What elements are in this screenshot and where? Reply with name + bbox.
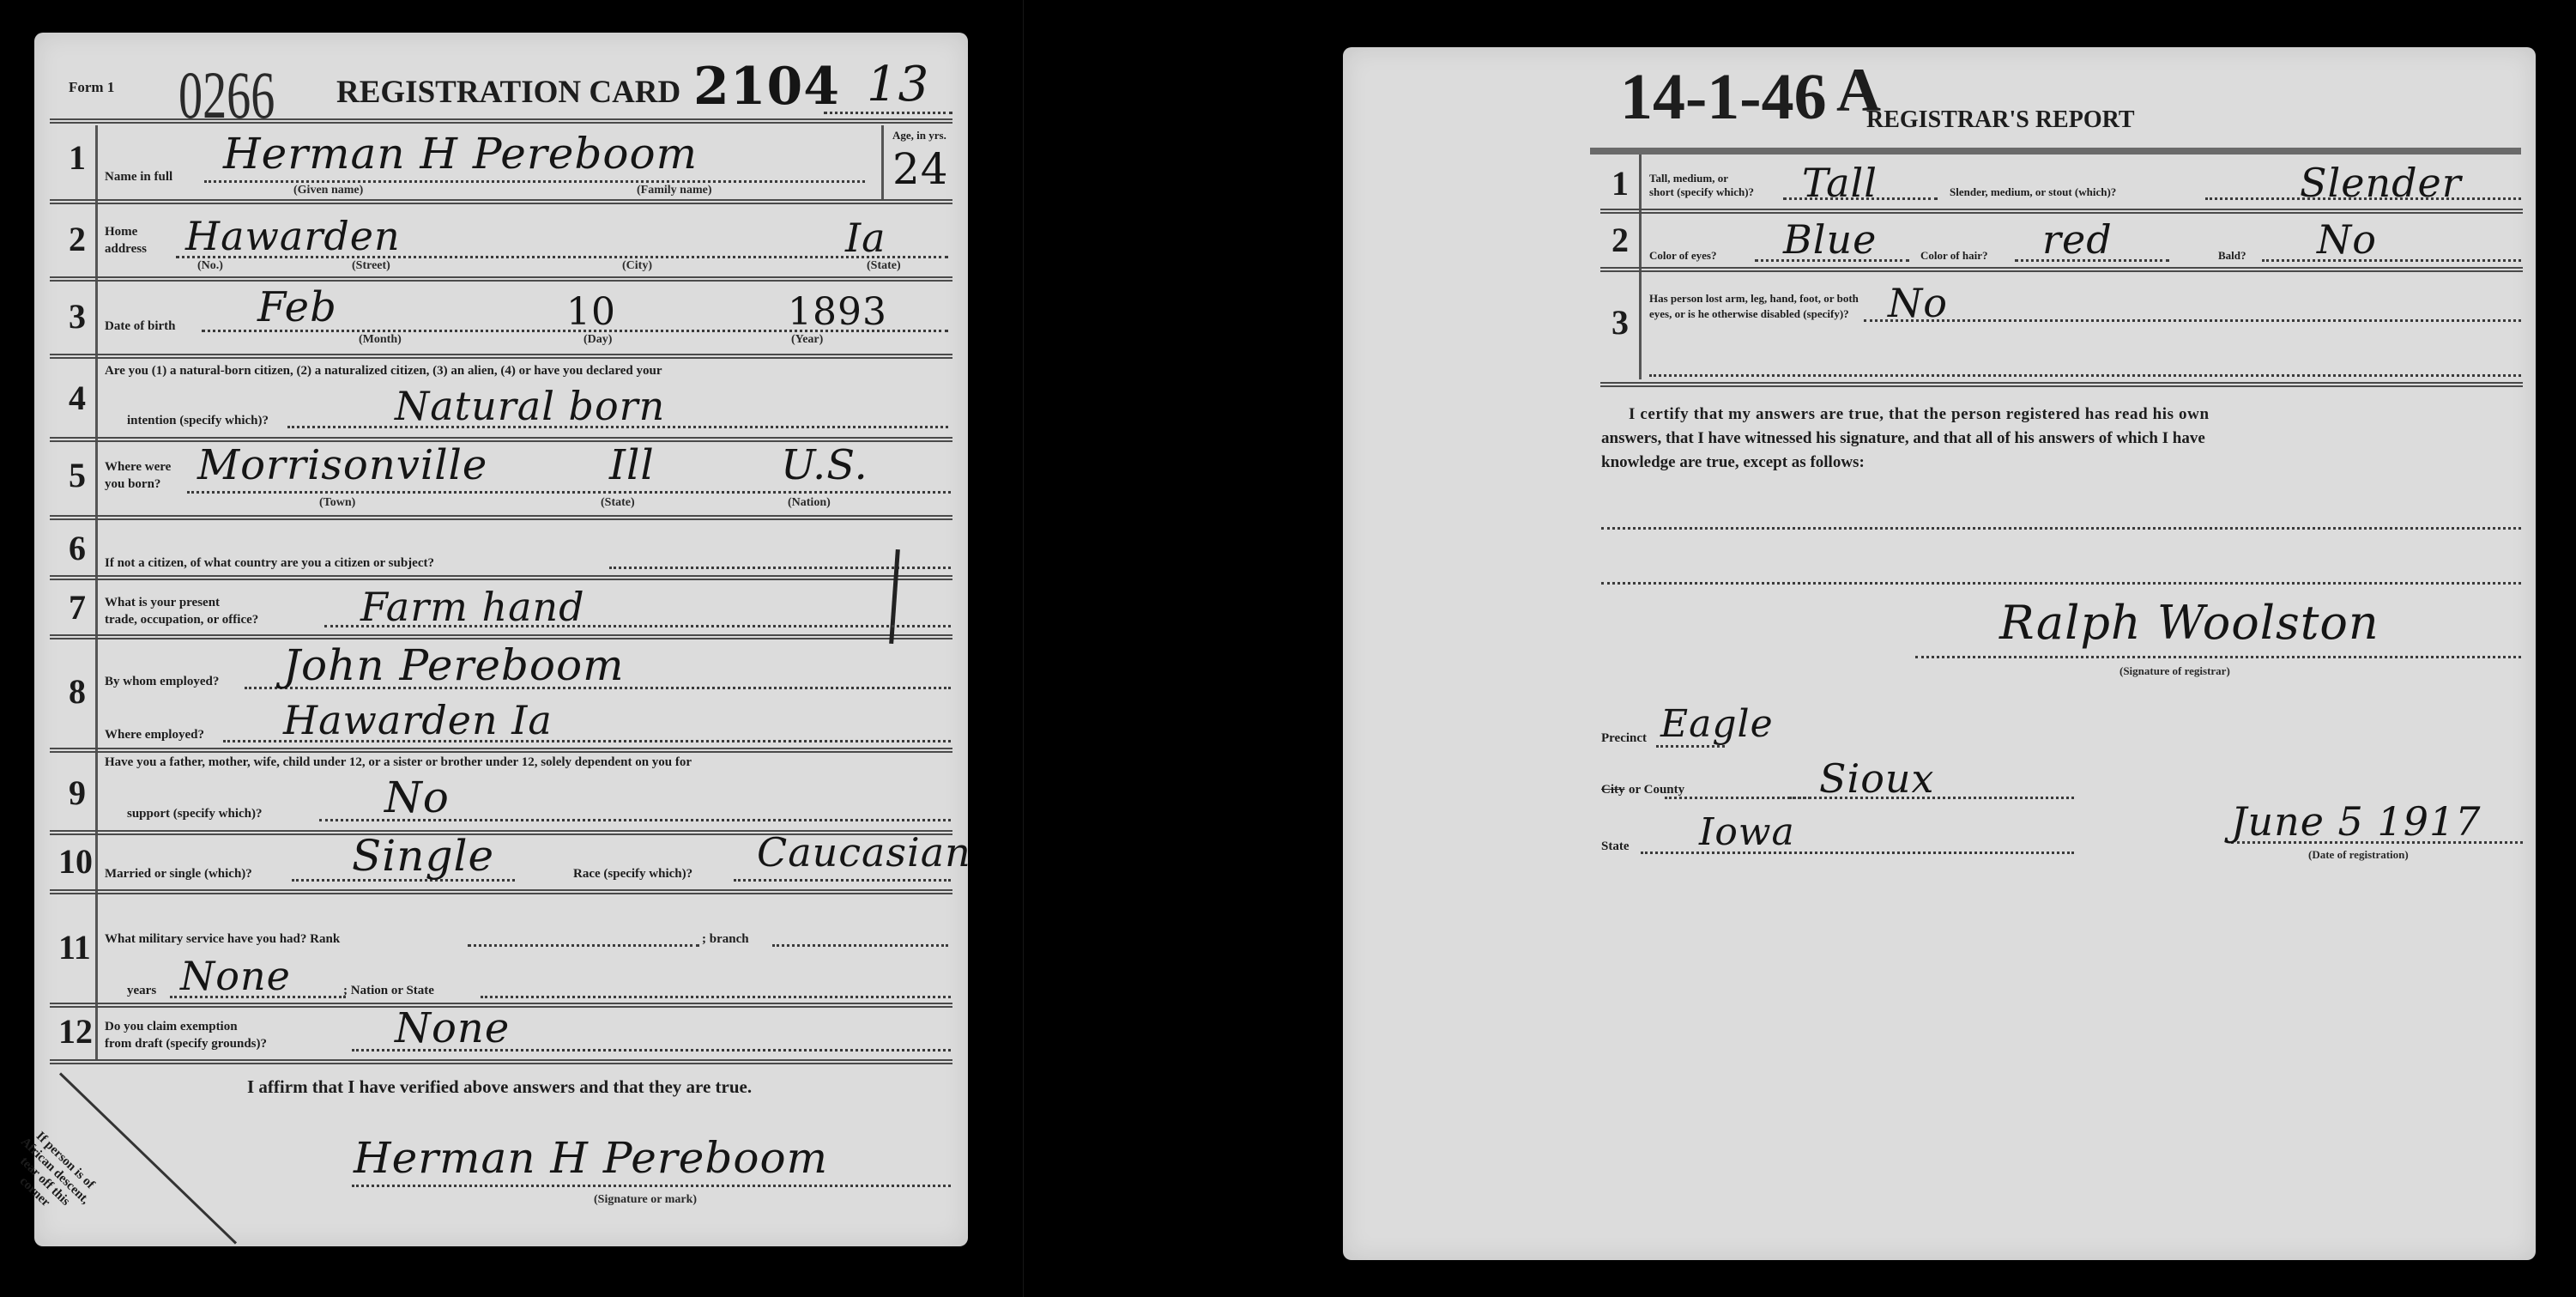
state-caption: (State): [867, 259, 901, 273]
certification-line-3: knowledge are true, except as follows:: [1601, 453, 1865, 472]
foreign-citizenship-label: If not a citizen, of what country are yo…: [105, 556, 434, 571]
row-divider: [50, 1059, 952, 1064]
report-row-divider: [1600, 209, 2523, 214]
county-line-full: [1789, 797, 2074, 799]
occupation-value: Farm hand: [360, 584, 585, 630]
age-column-divider: [881, 125, 884, 201]
disability-label-2: eyes, or is he otherwise disabled (speci…: [1649, 307, 1849, 321]
nation-caption: (Nation): [788, 496, 831, 510]
county-value: Sioux: [1819, 755, 1935, 802]
address-street-value: Hawarden: [185, 213, 401, 259]
bald-value: No: [2317, 216, 2377, 263]
registrant-signature: Herman H Pereboom: [354, 1133, 828, 1183]
row-number: 5: [69, 455, 86, 495]
row-number: 6: [69, 528, 86, 568]
header-rule: [50, 118, 952, 124]
county-label: or County: [1629, 783, 1684, 797]
row-number: 2: [69, 219, 86, 259]
military-years-value: None: [180, 953, 291, 999]
marital-status-label: Married or single (which)?: [105, 867, 252, 882]
name-value: Herman H Pereboom: [223, 129, 698, 179]
military-rank-label: What military service have you had? Rank: [105, 932, 340, 947]
dependents-label: support (specify which)?: [127, 807, 263, 821]
row-number: 11: [58, 927, 91, 967]
address-state-value: Ia: [845, 215, 886, 261]
row-divider: [50, 575, 952, 580]
stamp-number: 14-1-46: [1620, 60, 1827, 135]
employer-value: John Pereboom: [283, 640, 625, 690]
row-number: 12: [58, 1011, 93, 1052]
row-number: 7: [69, 587, 86, 627]
row-number-divider: [95, 125, 98, 1059]
report-row-number: 2: [1612, 220, 1629, 260]
disability-label-1: Has person lost arm, leg, hand, foot, or…: [1649, 292, 1859, 306]
order-number-line: [824, 112, 952, 114]
city-caption: (City): [622, 259, 652, 273]
row-number: 4: [69, 378, 86, 418]
employment-place-value: Hawarden Ia: [283, 697, 553, 743]
dob-day-value: 10: [566, 290, 616, 334]
birth-town-value: Morrisonville: [197, 441, 487, 489]
no-caption: (No.): [197, 259, 223, 273]
registration-date-caption: (Date of registration): [2308, 848, 2409, 862]
race-line: [734, 879, 951, 882]
report-header-rule: [1590, 148, 2521, 155]
row-divider: [50, 276, 952, 282]
certification-line-2: answers, that I have witnessed his signa…: [1601, 429, 2205, 448]
certification-line-1: I certify that my answers are true, that…: [1629, 405, 2210, 424]
birthplace-label-1: Where were: [105, 460, 171, 475]
build-value: Slender: [2300, 160, 2462, 206]
town-caption: (Town): [319, 496, 355, 510]
dependents-question: Have you a father, mother, wife, child u…: [105, 755, 692, 770]
dob-label: Date of birth: [105, 319, 176, 334]
military-branch-line: [772, 944, 948, 947]
foreign-citizenship-line: [609, 567, 951, 569]
military-nation-line: [481, 996, 951, 998]
dob-year-value: 1893: [788, 290, 887, 334]
home-address-label-2: address: [105, 242, 147, 257]
order-suffix: 13: [867, 57, 929, 112]
registrar-signature-line: [1915, 656, 2521, 658]
disability-line-2: [1649, 374, 2521, 377]
bald-label: Bald?: [2218, 249, 2246, 263]
age-value: 24: [892, 144, 949, 194]
name-label: Name in full: [105, 170, 172, 185]
citizenship-value: Natural born: [395, 383, 665, 429]
occupation-label-1: What is your present: [105, 596, 220, 610]
row-number: 9: [69, 773, 86, 813]
height-value: Tall: [1802, 160, 1878, 206]
form-label: Form 1: [69, 79, 114, 96]
military-nation-label: ; Nation or State: [343, 984, 434, 998]
report-row-divider: [1600, 267, 2523, 272]
signature-line: [352, 1185, 951, 1187]
registrar-signature: Ralph Woolston: [1999, 596, 2379, 650]
row-number: 10: [58, 841, 93, 882]
report-row-number: 3: [1612, 302, 1629, 342]
eye-color-value: Blue: [1783, 216, 1877, 263]
precinct-value: Eagle: [1660, 702, 1774, 746]
exception-line-2: [1601, 582, 2521, 585]
eye-color-label: Color of eyes?: [1649, 249, 1716, 263]
race-label: Race (specify which)?: [573, 867, 692, 882]
scan-divider-line: [1023, 0, 1024, 1297]
disability-line: [1864, 319, 2521, 322]
height-label-1: Tall, medium, or: [1649, 172, 1728, 185]
exemption-label-1: Do you claim exemption: [105, 1020, 238, 1034]
registrar-signature-caption: (Signature of registrar): [2119, 664, 2230, 678]
order-number: 2104: [693, 57, 840, 117]
state-value: Iowa: [1699, 810, 1795, 854]
birth-nation-value: U.S.: [781, 441, 868, 489]
card-title: REGISTRATION CARD: [336, 74, 680, 111]
city-label: City: [1601, 783, 1625, 797]
row-number: 8: [69, 671, 86, 712]
report-row-number: 1: [1612, 163, 1629, 203]
family-name-caption: (Family name): [637, 184, 711, 197]
home-address-label-1: Home: [105, 225, 137, 239]
height-label-2: short (specify which)?: [1649, 185, 1754, 199]
military-rank-line: [468, 944, 699, 947]
birthplace-label-2: you born?: [105, 477, 160, 492]
year-caption: (Year): [791, 333, 823, 347]
row-divider: [50, 199, 952, 204]
registration-date-value: June 5 1917: [2231, 798, 2482, 845]
month-caption: (Month): [359, 333, 402, 347]
row-divider: [50, 889, 952, 894]
build-label: Slender, medium, or stout (which)?: [1950, 185, 2116, 199]
hair-color-value: red: [2042, 216, 2113, 263]
day-caption: (Day): [584, 333, 612, 347]
exemption-label-2: from draft (specify grounds)?: [105, 1037, 267, 1052]
street-caption: (Street): [352, 259, 390, 273]
name-line: [204, 180, 865, 183]
row-number: 3: [69, 296, 86, 336]
employment-place-label: Where employed?: [105, 728, 204, 742]
dob-month-value: Feb: [257, 283, 337, 331]
employer-label: By whom employed?: [105, 675, 219, 689]
row-divider: [50, 634, 952, 639]
affirmation-text: I affirm that I have verified above answ…: [247, 1076, 752, 1098]
signature-caption: (Signature or mark): [594, 1193, 697, 1207]
row-divider: [50, 748, 952, 753]
given-name-caption: (Given name): [293, 184, 363, 197]
state-caption: (State): [601, 496, 635, 510]
race-value: Caucasian: [757, 829, 971, 876]
report-row-divider: [1600, 382, 2523, 387]
military-years-label: years: [127, 984, 156, 998]
dependents-value: No: [384, 773, 450, 822]
marital-status-value: Single: [352, 831, 494, 881]
exception-line-1: [1601, 527, 2521, 530]
age-label: Age, in yrs.: [892, 129, 946, 142]
row-divider: [50, 354, 952, 359]
bald-line: [2262, 259, 2521, 262]
hair-color-label: Color of hair?: [1920, 249, 1987, 263]
report-title: REGISTRAR'S REPORT: [1866, 106, 2135, 134]
citizenship-label: intention (specify which)?: [127, 414, 269, 428]
state-label: State: [1601, 839, 1630, 854]
citizenship-question: Are you (1) a natural-born citizen, (2) …: [105, 364, 662, 379]
disability-value: No: [1888, 280, 1948, 326]
exemption-value: None: [395, 1004, 510, 1052]
row-divider: [50, 515, 952, 520]
occupation-label-2: trade, occupation, or office?: [105, 613, 258, 627]
military-branch-label: ; branch: [702, 932, 749, 947]
row-number: 1: [69, 137, 86, 178]
birth-state-value: Ill: [609, 441, 655, 489]
birthplace-line: [187, 491, 951, 494]
precinct-label: Precinct: [1601, 731, 1647, 746]
